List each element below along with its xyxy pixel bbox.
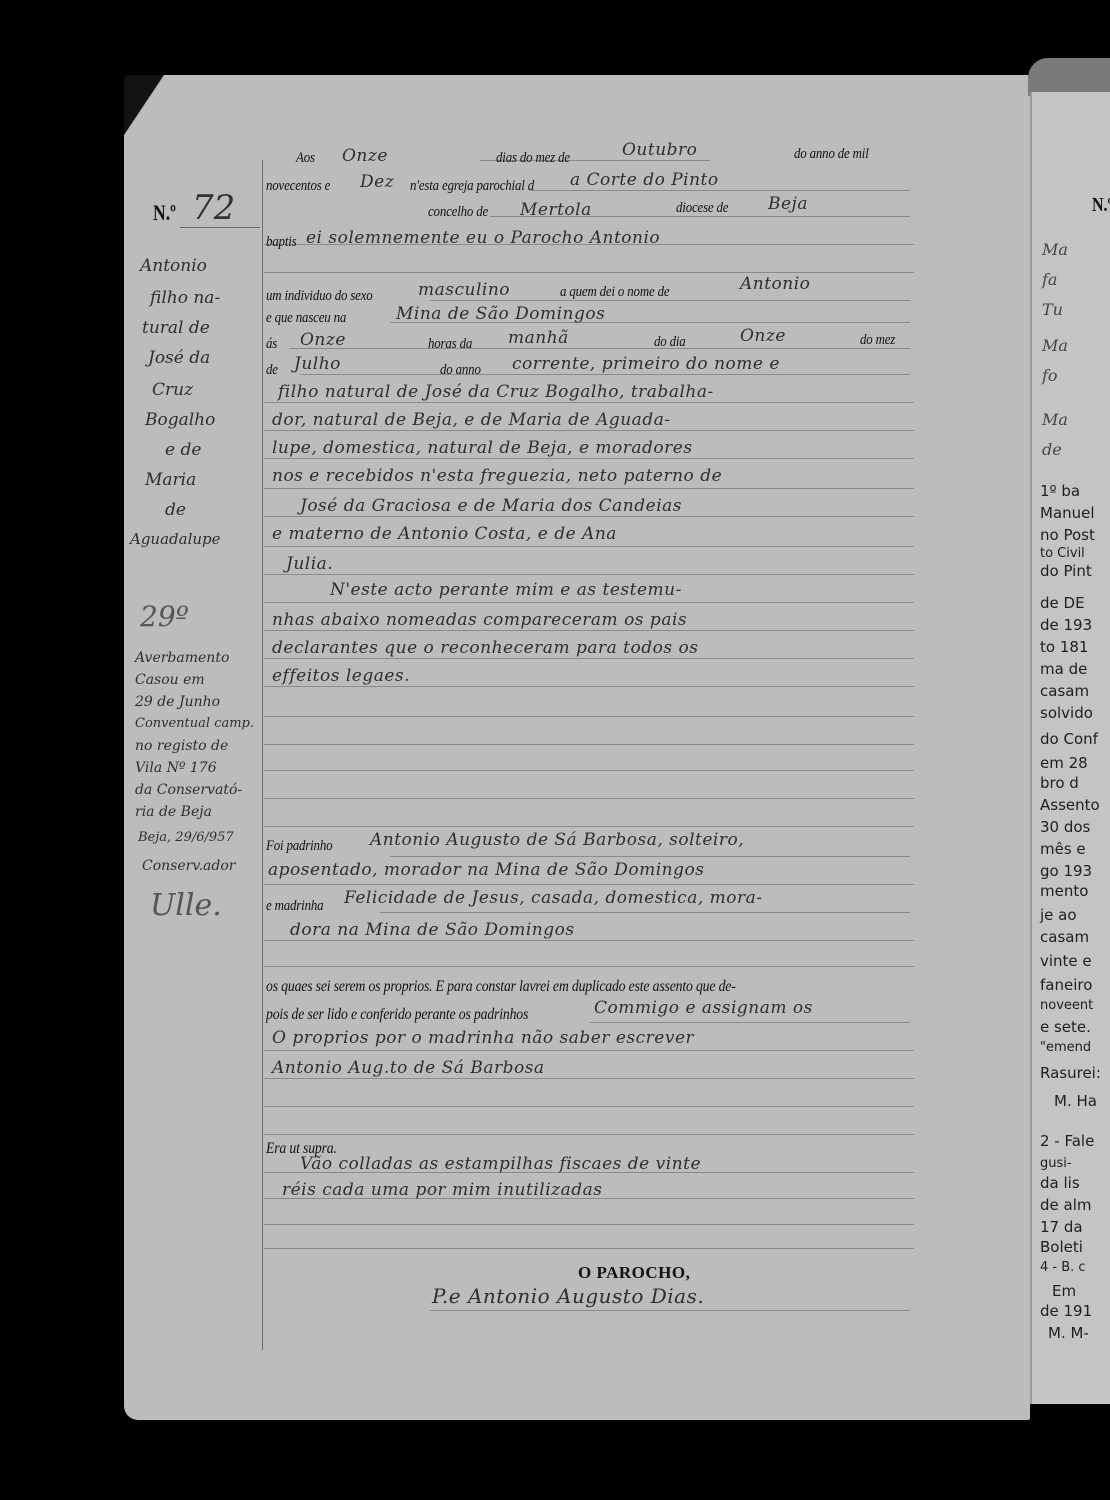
- rule: [530, 190, 910, 191]
- rule: [264, 602, 914, 603]
- godfather-details: aposentado, morador na Mina de São Domin…: [268, 860, 704, 880]
- baptism-month: Outubro: [622, 140, 697, 160]
- rule: [590, 1022, 910, 1023]
- form-label: concelho de: [428, 204, 488, 221]
- rule: [264, 1050, 914, 1051]
- birthplace: Mina de São Domingos: [396, 304, 605, 324]
- parish-name: a Corte do Pinto: [570, 170, 719, 190]
- rule: [264, 884, 914, 885]
- rule: [264, 1078, 914, 1079]
- baptism-officiant: ei solemnemente eu o Parocho Antonio: [306, 228, 660, 248]
- stamp-note: Vão colladas as estampilhas fiscaes de v…: [300, 1154, 701, 1174]
- rule: [264, 716, 914, 717]
- child-name: Antonio: [740, 274, 810, 294]
- rule: [264, 272, 914, 273]
- rule: [264, 1134, 914, 1135]
- form-label: baptis: [266, 234, 297, 251]
- form-label: novecentos e: [266, 178, 330, 195]
- rule: [264, 1248, 914, 1249]
- rule: [264, 1224, 914, 1225]
- rule: [300, 374, 910, 375]
- right-page-number-label: N.º: [1092, 194, 1110, 217]
- birth-year-note: corrente, primeiro do nome e: [512, 354, 780, 374]
- baptism-day: Onze: [342, 146, 388, 166]
- rule: [264, 488, 914, 489]
- godmother-details: Felicidade de Jesus, casada, domestica, …: [344, 888, 763, 908]
- rule: [380, 912, 910, 913]
- form-label: Aos: [296, 150, 315, 167]
- right-page-edge-damage: [1028, 58, 1110, 96]
- parish-priest-title: O PAROCHO,: [578, 1263, 690, 1283]
- rule: [390, 856, 910, 857]
- rule: [430, 1310, 910, 1311]
- closing-text: os quaes sei serem os proprios. E para c…: [266, 978, 736, 996]
- rule: [264, 770, 914, 771]
- witness-note: O proprios por o madrinha não saber escr…: [272, 1028, 694, 1048]
- form-label: horas da: [428, 336, 472, 353]
- form-label: dias do mez de: [496, 150, 570, 167]
- margin-divider-line: [262, 160, 263, 1350]
- birth-hour: Onze: [300, 330, 346, 350]
- entry-number-underline: [180, 227, 260, 228]
- godfather-signature: Antonio Aug.to de Sá Barbosa: [272, 1058, 545, 1078]
- rule: [264, 546, 914, 547]
- rule: [264, 574, 914, 575]
- rule: [264, 1106, 914, 1107]
- annotation-signature: Ulle.: [150, 888, 222, 923]
- register-page: [124, 75, 1030, 1420]
- rule: [264, 430, 914, 431]
- rule: [264, 630, 914, 631]
- witness-note: Commigo e assignam os: [594, 998, 813, 1018]
- entry-number: 72: [192, 188, 235, 228]
- form-label: de: [266, 362, 278, 379]
- form-label: ás: [266, 336, 277, 353]
- birth-day: Onze: [740, 326, 786, 346]
- form-label: diocese de: [676, 200, 728, 217]
- concelho-name: Mertola: [520, 200, 592, 220]
- entry-number-label: N.º: [153, 200, 176, 226]
- birth-period: manhã: [508, 328, 569, 348]
- rule: [264, 966, 914, 967]
- annotation-number: 29º: [140, 600, 189, 633]
- rule: [264, 826, 914, 827]
- priest-signature: P.e Antonio Augusto Dias.: [432, 1284, 704, 1308]
- diocese-name: Beja: [768, 194, 808, 214]
- rule: [264, 516, 914, 517]
- rule: [430, 300, 910, 301]
- rule: [264, 402, 914, 403]
- godfather-label: Foi padrinho: [266, 838, 332, 855]
- form-label: do anno de mil: [794, 146, 869, 163]
- form-label: a quem dei o nome de: [560, 284, 669, 301]
- rule: [264, 940, 914, 941]
- birth-month: Julho: [294, 354, 341, 374]
- rule: [264, 658, 914, 659]
- godfather-details: Antonio Augusto de Sá Barbosa, solteiro,: [370, 830, 744, 850]
- form-label: do mez: [860, 332, 895, 349]
- form-label: n'esta egreja parochial d: [410, 178, 534, 195]
- form-label: e que nasceu na: [266, 310, 346, 327]
- rule: [290, 348, 910, 349]
- rule: [264, 458, 914, 459]
- godmother-details: dora na Mina de São Domingos: [290, 920, 575, 940]
- baptism-year: Dez: [360, 172, 394, 192]
- stamp-note: réis cada uma por mim inutilizadas: [282, 1180, 602, 1200]
- form-label: do dia: [654, 334, 686, 351]
- rule: [264, 798, 914, 799]
- rule: [264, 744, 914, 745]
- form-label: um individuo do sexo: [266, 288, 373, 305]
- form-label: do anno: [440, 362, 481, 379]
- closing-text: pois de ser lido e conferido perante os …: [266, 1006, 528, 1024]
- godmother-label: e madrinha: [266, 898, 323, 915]
- child-sex: masculino: [418, 280, 510, 300]
- rule: [264, 686, 914, 687]
